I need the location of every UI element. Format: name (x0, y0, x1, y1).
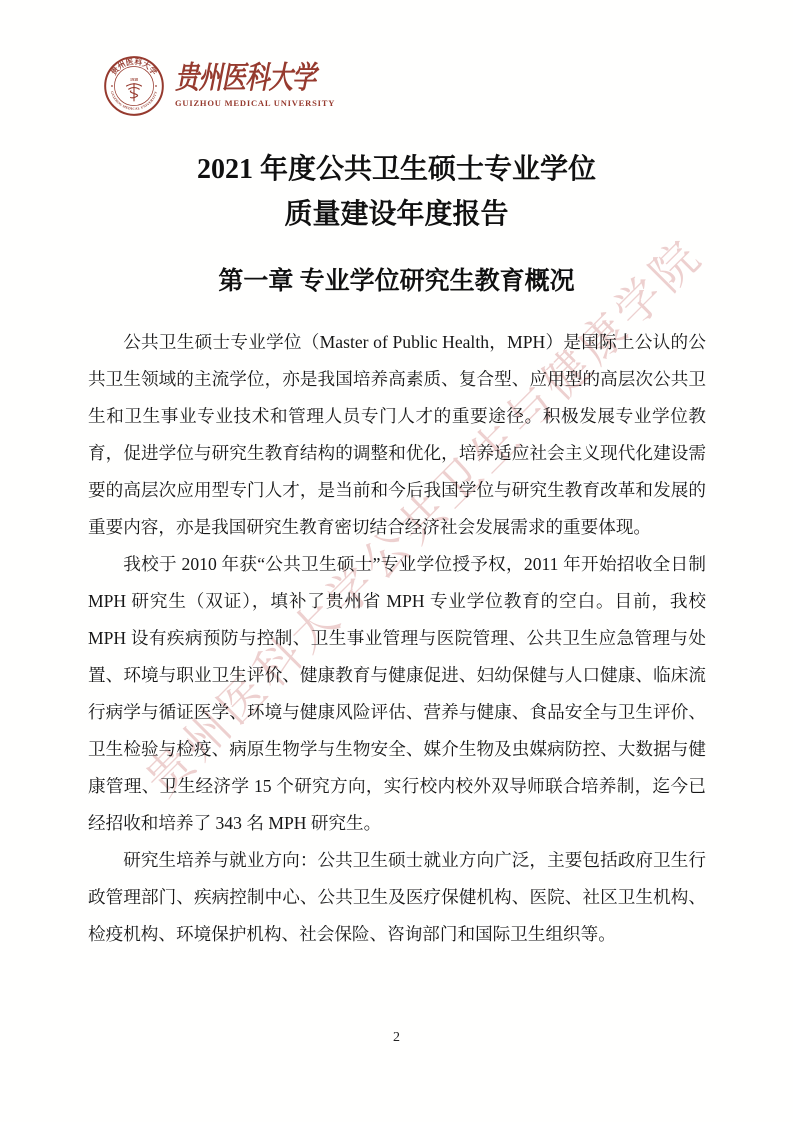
seal-year: 1938 (130, 77, 138, 82)
document-title-line-2: 质量建设年度报告 (0, 192, 793, 237)
paragraph-3: 研究生培养与就业方向：公共卫生硕士就业方向广泛，主要包括政府卫生行政管理部门、疾… (88, 842, 706, 953)
chapter-heading: 第一章 专业学位研究生教育概况 (0, 261, 793, 297)
paragraph-1: 公共卫生硕士专业学位（Master of Public Health，MPH）是… (88, 324, 706, 546)
university-wordmark: 贵州医科大学 GUIZHOU MEDICAL UNIVERSITY (175, 55, 355, 108)
paragraph-2: 我校于 2010 年获“公共卫生硕士”专业学位授予权，2011 年开始招收全日制… (88, 546, 706, 842)
document-title: 2021 年度公共卫生硕士专业学位 质量建设年度报告 (0, 147, 793, 237)
university-seal-icon: 贵州医科大学 GUIZHOU MEDICAL UNIVERSITY 1938 (103, 55, 165, 117)
document-title-line-1: 2021 年度公共卫生硕士专业学位 (0, 147, 793, 192)
document-body: 公共卫生硕士专业学位（Master of Public Health，MPH）是… (88, 324, 706, 953)
document-page: 贵州医科大学公共卫生与健康学院 贵州医科大学 GUIZHOU MEDICAL U… (0, 0, 793, 1122)
university-name-zh: 贵州医科大学 (175, 61, 315, 95)
caduceus-icon (127, 84, 142, 101)
university-logo: 贵州医科大学 GUIZHOU MEDICAL UNIVERSITY 1938 贵… (103, 55, 355, 117)
university-name-en: GUIZHOU MEDICAL UNIVERSITY (175, 98, 355, 108)
page-number: 2 (0, 1030, 793, 1046)
